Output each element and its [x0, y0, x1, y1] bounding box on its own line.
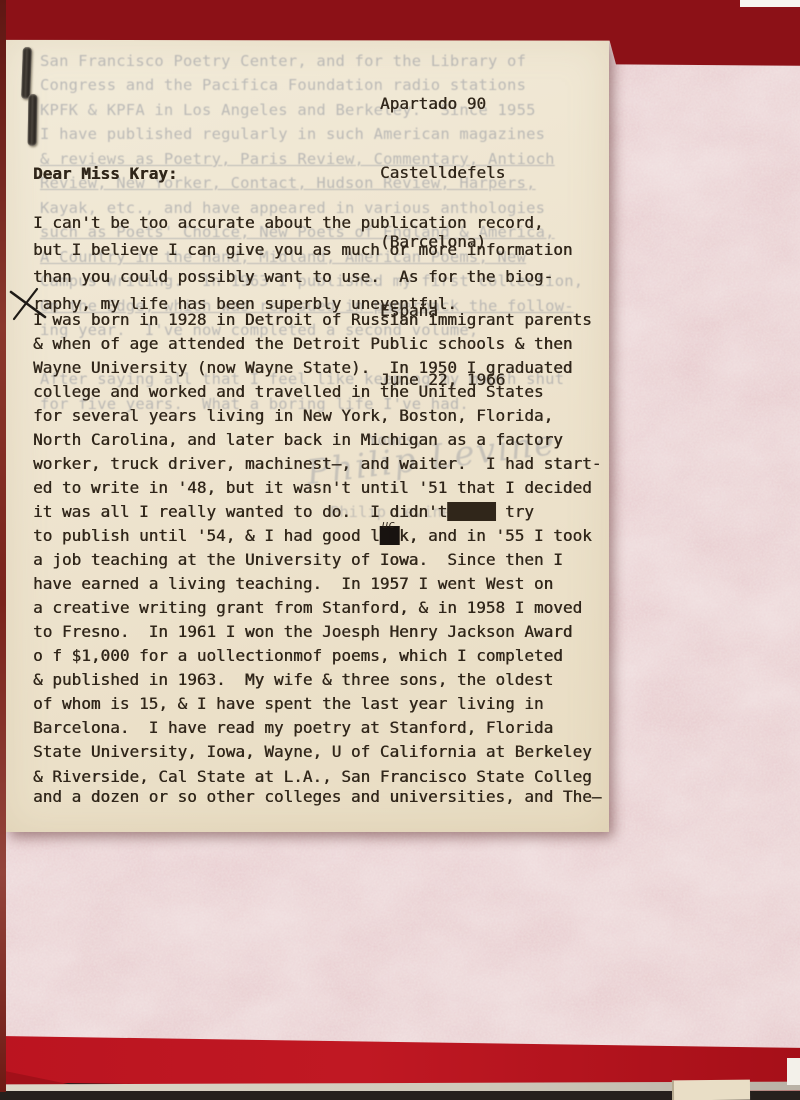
- letter-line: but I believe I can give you as much or …: [33, 236, 572, 263]
- handwritten-x-mark: [7, 286, 47, 322]
- letter-paper: San Francisco Poetry Center, and for the…: [6, 38, 609, 832]
- letter-line: it was all I really wanted to do. I didn…: [33, 500, 601, 524]
- letter-line: a creative writing grant from Stanford, …: [33, 596, 601, 620]
- letter-line: and a dozen or so other colleges and uni…: [33, 785, 601, 809]
- paragraph-biography: I was born in 1928 in Detroit of Russian…: [33, 308, 601, 809]
- letter-line: Barcelona. I have read my poetry at Stan…: [33, 716, 601, 740]
- letter-line: than you could possibly want to use. As …: [33, 263, 572, 290]
- letter-line: I was born in 1928 in Detroit of Russian…: [33, 308, 601, 332]
- letter-line: to Fresno. In 1961 I won the Joesph Henr…: [33, 620, 601, 644]
- letter-line: a job teaching at the University of Iowa…: [33, 548, 601, 572]
- letter-line: college and worked and travelled in the …: [33, 380, 601, 404]
- letter-line: o f $1,000 for a uollectionmof poems, wh…: [33, 644, 601, 668]
- paragraph-publication-record: I can't be too accurate about the public…: [33, 209, 572, 317]
- staple-icon: [21, 47, 32, 99]
- letter-line: have earned a living teaching. In 1957 I…: [33, 572, 601, 596]
- address-line: Castelldefels: [380, 161, 505, 184]
- letter-line: for several years living in New York, Bo…: [33, 404, 601, 428]
- paper-tab-bottom-right: [672, 1080, 750, 1100]
- letter-line: & when of age attended the Detroit Publi…: [33, 332, 601, 356]
- letter-line: ed to write in '48, but it wasn't until …: [33, 476, 601, 500]
- letter-line: of whom is 15, & I have spent the last y…: [33, 692, 601, 716]
- scanned-letter-page: San Francisco Poetry Center, and for the…: [0, 0, 800, 1100]
- letter-line: Wayne University (now Wayne State). In 1…: [33, 356, 601, 380]
- letter-line: to publish until '54, & I had good l██uc…: [33, 524, 601, 548]
- address-line: Apartado 90: [380, 92, 505, 115]
- red-folder-left-edge: [0, 0, 6, 1092]
- letter-line: worker, truck driver, machinest̶, and wa…: [33, 452, 601, 476]
- white-notch-bottom-right: [787, 1058, 800, 1085]
- ink-redaction: ██uc: [380, 526, 399, 545]
- letter-line: North Carolina, and later back in Michig…: [33, 428, 601, 452]
- letter-line: State University, Iowa, Wayne, U of Cali…: [33, 740, 601, 764]
- letter-line: & published in 1963. My wife & three son…: [33, 668, 601, 692]
- white-notch-top-right: [740, 0, 800, 7]
- salutation: Dear Miss Kray:: [33, 164, 178, 183]
- staple-icon: [28, 94, 38, 146]
- handwritten-correction: uc: [382, 513, 395, 537]
- letter-line: I can't be too accurate about the public…: [33, 209, 572, 236]
